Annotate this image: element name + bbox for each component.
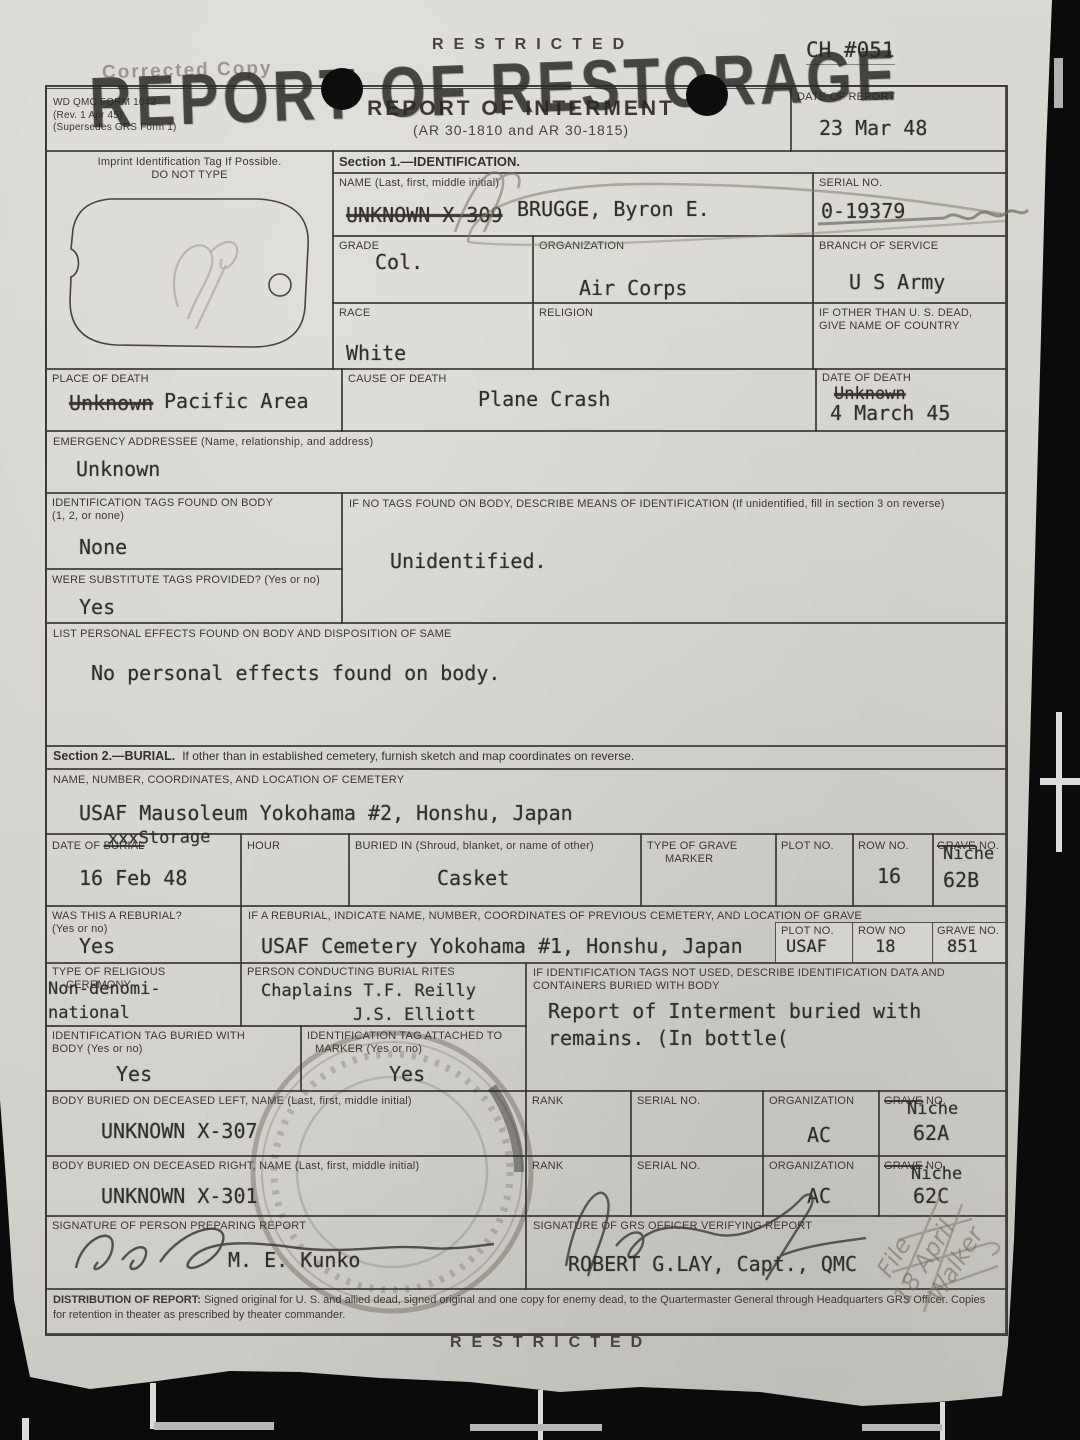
registration-cross-right-horizontal (1040, 778, 1080, 785)
registration-mark-bottom-right-vertical (940, 1402, 945, 1440)
punch-hole-right (686, 74, 728, 116)
paper-sheet: RESTRICTED CH #051 Corrected Copy WD QMC… (0, 0, 1080, 1440)
punch-hole-left (321, 68, 363, 110)
registration-mark-bottom-right-horizontal (862, 1424, 942, 1431)
registration-bar-top-right (1054, 58, 1063, 108)
registration-mark-bottom-left-horizontal (154, 1422, 274, 1430)
registration-mark-bottom-center-vertical (538, 1390, 543, 1440)
scanned-document-photo: { "classification": { "top": "RESTRICTED… (0, 0, 1080, 1440)
registration-tick-far-left (22, 1418, 29, 1440)
registration-mark-bottom-center-horizontal (470, 1424, 602, 1431)
